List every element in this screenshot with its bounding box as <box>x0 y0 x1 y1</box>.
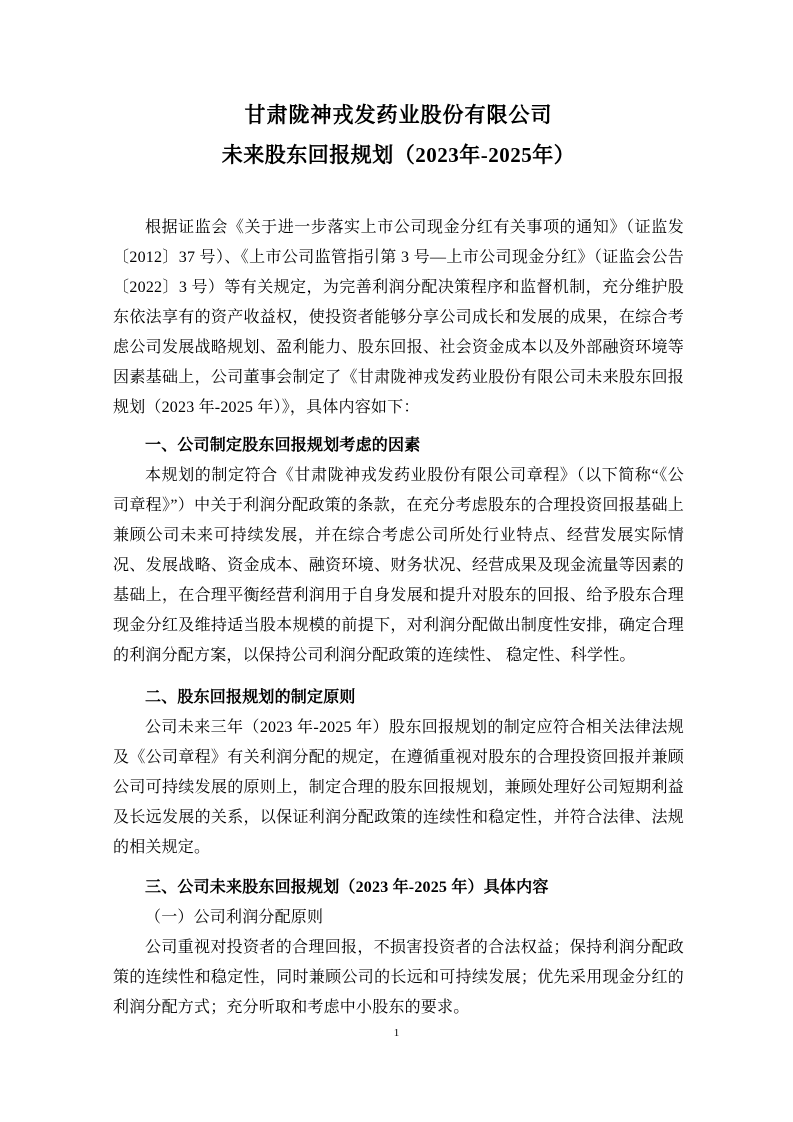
section-2-paragraph: 公司未来三年（2023 年-2025 年）股东回报规划的制定应符合相关法律法规及… <box>113 713 684 863</box>
document-page: 甘肃陇神戎发药业股份有限公司 未来股东回报规划（2023年-2025年） 根据证… <box>0 0 793 1122</box>
document-subtitle: 未来股东回报规划（2023年-2025年） <box>113 143 684 167</box>
section-1-paragraph: 本规划的制定符合《甘肃陇神戎发药业股份有限公司章程》（以下简称“《公司章程》”）… <box>113 461 684 671</box>
intro-paragraph: 根据证监会《关于进一步落实上市公司现金分红有关事项的通知》（证监发〔2012〕3… <box>113 213 684 423</box>
section-3-paragraph: 公司重视对投资者的合理回报，不损害投资者的合法权益；保持利润分配政策的连续性和稳… <box>113 933 684 1023</box>
section-2-heading: 二、股东回报规划的制定原则 <box>113 683 684 713</box>
section-1-heading: 一、公司制定股东回报规划考虑的因素 <box>113 431 684 461</box>
section-3-subheading: （一）公司利润分配原则 <box>113 903 684 933</box>
page-number: 1 <box>0 1026 793 1040</box>
section-3-heading: 三、公司未来股东回报规划（2023 年-2025 年）具体内容 <box>113 873 684 903</box>
document-title: 甘肃陇神戎发药业股份有限公司 <box>113 103 684 127</box>
